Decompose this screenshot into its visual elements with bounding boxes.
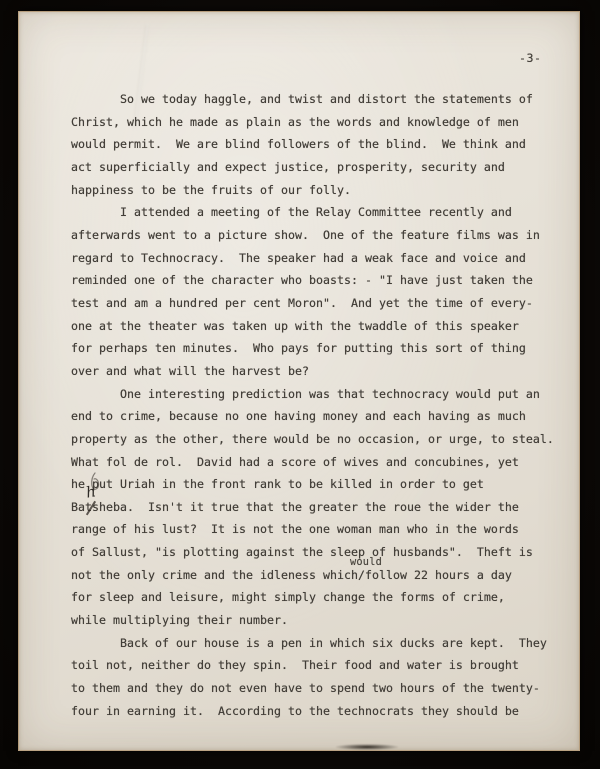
typed-text: So we today haggle, and twist and distor… [71, 88, 576, 722]
text-line: range of his lust? It is not the one wom… [71, 518, 576, 541]
text-line: to them and they do not even have to spe… [71, 677, 576, 700]
text-line: So we today haggle, and twist and distor… [71, 88, 576, 111]
page-number: -3- [519, 51, 541, 65]
text-line: happiness to be the fruits of our folly. [71, 179, 576, 202]
text-line: One interesting prediction was that tech… [71, 383, 576, 406]
text-line: end to crime, because no one having mone… [71, 405, 576, 428]
text-line: four in earning it. According to the tec… [71, 700, 576, 723]
photo-background: -3- So we today haggle, and twist and di… [0, 0, 600, 769]
text-line: What fol de rol. David had a score of wi… [71, 451, 576, 474]
text-line: over and what will the harvest be? [71, 360, 576, 383]
text-line: one at the theater was taken up with the… [71, 315, 576, 338]
text-line: would permit. We are blind followers of … [71, 133, 576, 156]
text-line: I attended a meeting of the Relay Commit… [71, 201, 576, 224]
text-line: act superficially and expect justice, pr… [71, 156, 576, 179]
text-line: regard to Technocracy. The speaker had a… [71, 247, 576, 270]
text-line: Batsheba. Isn't it true that the greater… [71, 496, 576, 519]
text-line: he put Uriah in the front rank to be kil… [71, 473, 576, 496]
text-line: toil not, neither do they spin. Their fo… [71, 654, 576, 677]
text-line: reminded one of the character who boasts… [71, 269, 576, 292]
bottom-smudge [336, 744, 398, 750]
text-line: Back of our house is a pen in which six … [71, 632, 576, 655]
text-line: of Sallust, "is plotting against the sle… [71, 541, 576, 564]
text-line: for sleep and leisure, might simply chan… [71, 586, 576, 609]
text-line: Christ, which he made as plain as the wo… [71, 111, 576, 134]
text-line: afterwards went to a picture show. One o… [71, 224, 576, 247]
text-line: test and am a hundred per cent Moron". A… [71, 292, 576, 315]
typed-insertion-would: would [350, 556, 382, 568]
pen-stroke-mark [86, 470, 106, 496]
text-line: for perhaps ten minutes. Who pays for pu… [71, 337, 576, 360]
text-line: not the only crime and the idleness whic… [71, 564, 576, 587]
text-line: while multiplying their number. [71, 609, 576, 632]
text-line: property as the other, there would be no… [71, 428, 576, 451]
